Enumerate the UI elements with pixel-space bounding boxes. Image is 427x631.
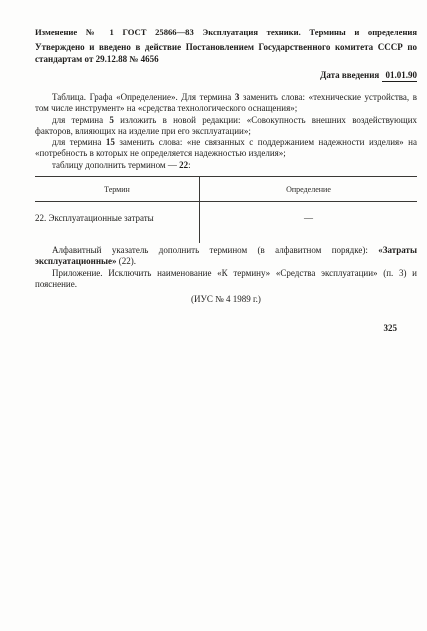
page-content: Изменение № 1 ГОСТ 25866—83 Эксплуатация… (35, 26, 417, 333)
instruction-text-segment: для термина (52, 115, 109, 125)
table-row: 22. Эксплуатационные затраты — (35, 202, 417, 243)
instruction-text-segment: для термина (52, 137, 106, 147)
document-page: Изменение № 1 ГОСТ 25866—83 Эксплуатация… (0, 0, 427, 631)
table-header-row: Термин Определение (35, 177, 417, 202)
introduction-date-value: 01.01.90 (382, 70, 418, 82)
instruction-text-segment: Алфавитный указатель дополнить термином … (52, 245, 378, 255)
amendment-title: Изменение № 1 ГОСТ 25866—83 Эксплуатация… (35, 26, 417, 38)
term-cell: 22. Эксплуатационные затраты (35, 202, 200, 243)
column-header-definition: Определение (200, 177, 417, 201)
alphabetical-index-instruction: Алфавитный указатель дополнить термином … (35, 245, 417, 268)
instruction-text-segment: таблицу дополнить термином — (52, 160, 179, 170)
ius-reference: (ИУС № 4 1989 г.) (35, 294, 417, 305)
page-number: 325 (35, 323, 417, 333)
definition-cell: — (200, 202, 417, 243)
instruction-text-segment: : (188, 160, 191, 170)
term-number: 22 (179, 160, 188, 170)
instruction-text-segment: Таблица. Графа «Определение». Для термин… (52, 92, 235, 102)
closing-block: Алфавитный указатель дополнить термином … (35, 245, 417, 305)
terms-table: Термин Определение 22. Эксплуатационные … (35, 176, 417, 243)
instruction-text-segment: (22). (117, 256, 137, 266)
introduction-date-line: Дата введения 01.01.90 (35, 69, 417, 81)
change-instruction-term-15: для термина 15 заменить слова: «не связа… (35, 137, 417, 160)
column-header-term: Термин (35, 177, 200, 201)
introduction-date-label: Дата введения (320, 70, 379, 80)
table-supplement-instruction: таблицу дополнить термином — 22: (35, 160, 417, 171)
change-instruction-term-5: для термина 5 изложить в новой редакции:… (35, 115, 417, 138)
approval-statement: Утверждено и введено в действие Постанов… (35, 42, 417, 65)
term-number: 15 (106, 137, 115, 147)
change-instruction-term-3: Таблица. Графа «Определение». Для термин… (35, 92, 417, 115)
appendix-instruction: Приложение. Исключить наименование «К те… (35, 268, 417, 291)
